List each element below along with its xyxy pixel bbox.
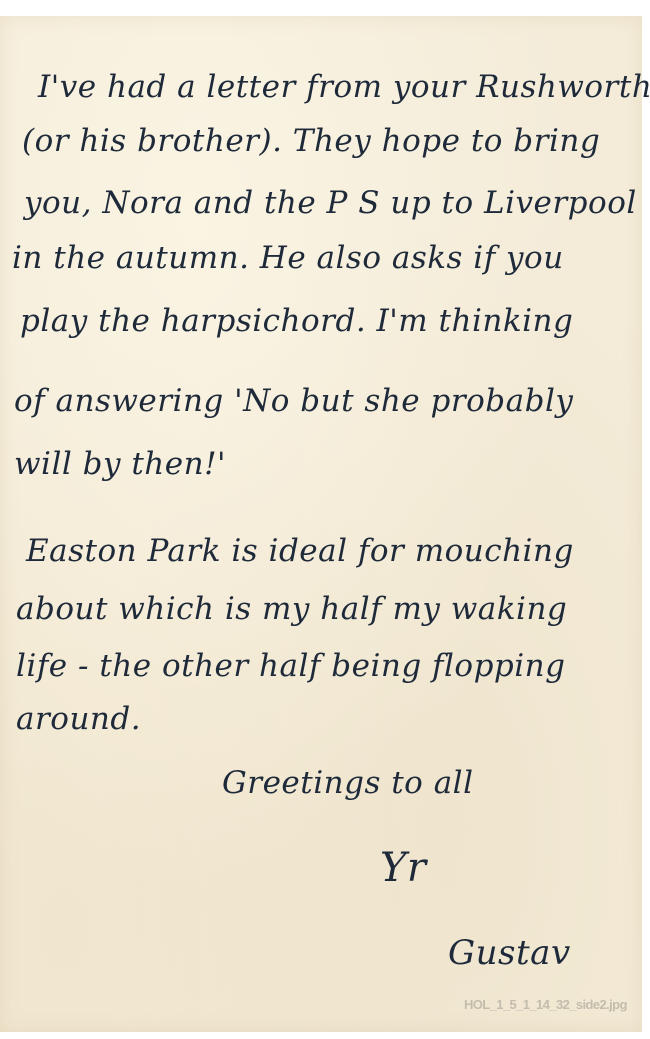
image-filename-caption: HOL_1_5_1_14_32_side2.jpg: [464, 996, 644, 1013]
letter-line: play the harpsichord. I'm thinking: [20, 306, 573, 337]
closing-greeting: Greetings to all: [222, 768, 474, 799]
letter-line: you, Nora and the P S up to Liverpool: [24, 188, 637, 219]
letter-line: life - the other half being flopping: [16, 651, 565, 682]
signature: Gustav: [448, 936, 571, 970]
letter-line: of answering 'No but she probably: [14, 386, 573, 417]
letter-line: about which is my half my waking: [16, 594, 567, 625]
letter-line: around.: [16, 704, 141, 735]
letter-page: I've had a letter from your Rushworth (o…: [0, 16, 642, 1032]
letter-line: Easton Park is ideal for mouching: [26, 536, 574, 567]
closing-valediction: Yr: [380, 848, 427, 888]
letter-line: in the autumn. He also asks if you: [12, 243, 564, 274]
letter-line: (or his brother). They hope to bring: [22, 126, 600, 157]
letter-line: I've had a letter from your Rushworth: [38, 72, 650, 103]
letter-line: will by then!': [14, 449, 226, 480]
